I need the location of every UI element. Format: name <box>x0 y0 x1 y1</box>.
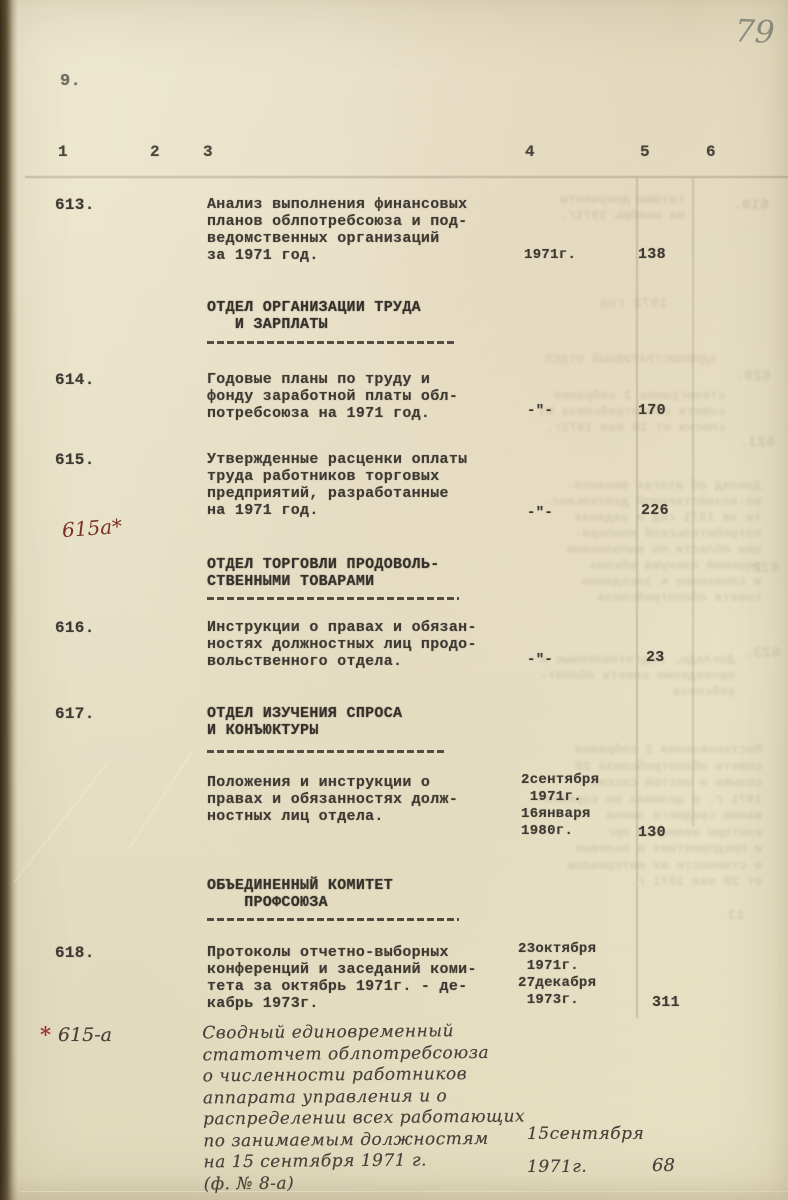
scratch-mark <box>127 749 193 850</box>
entry-614-title: Годовые планы по труду и фонду заработно… <box>207 371 458 422</box>
entry-617-title: Положения и инструкции о правах и обязан… <box>207 774 458 825</box>
section-title-labor-and-wages: ОТДЕЛ ОРГАНИЗАЦИИ ТРУДА И ЗАРПЛАТЫ <box>207 299 421 333</box>
bleedthrough-text: Доклады, подготовленные к проведению сов… <box>540 652 735 700</box>
column-header-2: 2 <box>150 143 160 161</box>
column-header-4: 4 <box>525 143 535 161</box>
bleedthrough-entry-number: 13 <box>728 908 745 924</box>
section-title-food-trade: ОТДЕЛ ТОРГОВЛИ ПРОДОВОЛЬ- СТВЕННЫМИ ТОВА… <box>207 556 440 590</box>
section-underline <box>207 750 445 753</box>
entry-615-number: 615. <box>55 451 95 469</box>
entry-614-dates-ditto: -"- <box>527 403 553 420</box>
entry-615-title: Утвержденные расценки оплаты труда работ… <box>207 451 467 519</box>
page-number: 79 <box>734 13 775 51</box>
entry-618-dates: 23октября 1971г. 27декабря 1973г. <box>518 941 596 1009</box>
bleedthrough-entry-number: 619. <box>733 197 769 214</box>
entry-615-sheet-count: 226 <box>641 502 669 519</box>
scanned-archive-inventory-page: готовы документы на ноябрь 1971г. 619. 1… <box>0 0 788 1200</box>
section-underline <box>207 597 459 600</box>
entry-615-dates-ditto: -"- <box>527 505 553 522</box>
handwritten-entry-615a-number: 615-а <box>58 1024 112 1046</box>
bleedthrough-entry-number: 622. <box>743 560 779 577</box>
entry-613-dates: 1971г. <box>524 247 576 264</box>
entry-618-title: Протоколы отчетно-выборных конференций и… <box>207 944 477 1012</box>
handwritten-entry-615a-dates: 15сентября 1971г. <box>527 1118 644 1184</box>
bleedthrough-entry-number: 620. <box>735 368 771 385</box>
bleedthrough-text: АДМИНИСТРАТИВНЫЙ ОТДЕЛ <box>545 352 717 367</box>
handwritten-entry-615a-sheet-count: 68 <box>652 1155 675 1176</box>
corner-mark: 9. <box>60 72 81 91</box>
column-rule <box>636 178 638 1018</box>
entry-617-sheet-count: 130 <box>638 824 666 841</box>
entry-613-title: Анализ выполнения финансовых планов облп… <box>207 196 467 264</box>
handwritten-entry-615a-text: Сводный единовременный статотчет облпотр… <box>202 1021 526 1196</box>
bleedthrough-text: стенограмма 2 собрания совета облпотребс… <box>538 388 725 436</box>
bleedthrough-text: 1972 год <box>600 296 667 312</box>
bleedthrough-text: готовы документы на ноябрь 1971г. <box>560 192 685 224</box>
entry-614-number: 614. <box>55 371 95 389</box>
entry-613-sheet-count: 138 <box>638 246 666 263</box>
entry-613-number: 613. <box>55 196 95 214</box>
scratch-mark <box>14 764 107 883</box>
section-underline <box>207 341 455 344</box>
entry-616-dates-ditto: -"- <box>527 652 553 669</box>
bleedthrough-entry-number: 621. <box>739 434 775 451</box>
column-rule <box>692 178 694 826</box>
bleedthrough-text: Доклад об итогах финансо- во-хозяйственн… <box>543 478 761 606</box>
column-header-6: 6 <box>706 143 716 161</box>
table-header-rule <box>25 176 788 178</box>
entry-616-title: Инструкции о правах и обязан- ностях дол… <box>207 619 477 670</box>
column-header-5: 5 <box>640 143 650 161</box>
bleedthrough-entry-number: 623. <box>744 645 780 662</box>
section-title-demand-study: ОТДЕЛ ИЗУЧЕНИЯ СПРОСА И КОНЪЮКТУРЫ <box>207 705 402 739</box>
handwritten-red-asterisk: * <box>40 1022 51 1047</box>
entry-617-dates: 2сентября 1971г. 16января 1980г. <box>521 772 599 840</box>
entry-616-number: 616. <box>55 619 95 637</box>
section-title-union-committee: ОБЪЕДИНЕННЫЙ КОМИТЕТ ПРОФСОЮЗА <box>207 877 393 911</box>
handwritten-entry-615a-label: 615а* <box>61 514 123 542</box>
page-left-edge-shadow <box>0 0 18 1200</box>
entry-618-sheet-count: 311 <box>652 994 680 1011</box>
column-header-1: 1 <box>58 143 68 161</box>
section-underline <box>207 918 459 921</box>
entry-616-sheet-count: 23 <box>646 649 665 666</box>
entry-617-number: 617. <box>55 705 95 723</box>
entry-614-sheet-count: 170 <box>638 402 666 419</box>
column-header-3: 3 <box>203 143 213 161</box>
entry-618-number: 618. <box>55 944 95 962</box>
